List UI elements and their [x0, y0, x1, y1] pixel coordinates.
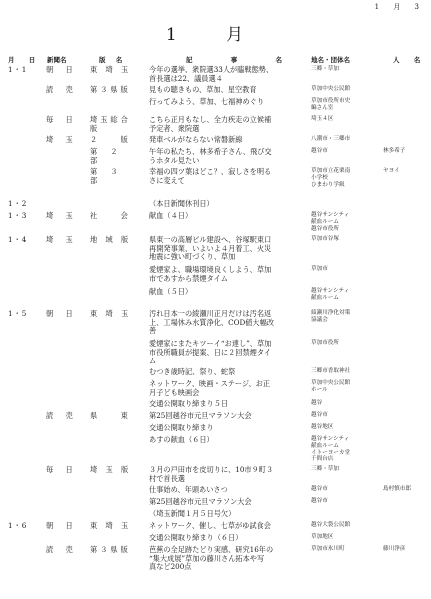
- row-newspaper: 朝 日: [46, 310, 82, 319]
- row-place: 八潮市・三郷市: [311, 136, 381, 143]
- row-article: 見もの聴きもの、草加、星空教育: [149, 86, 299, 95]
- column-header-person: 人 名: [393, 55, 426, 64]
- row-place: 草加市役所: [311, 340, 381, 347]
- row-place: 三郷市香取神社: [311, 368, 381, 375]
- row-edition: 東 埼 玉: [90, 310, 136, 319]
- row-place: 三郷・草加: [311, 66, 381, 73]
- row-place: 草加市氷川町: [311, 546, 381, 553]
- page-number: 1 月 3: [375, 2, 425, 12]
- row-date: 1・6: [8, 522, 38, 531]
- row-place: 草加中央公民館 ホール: [311, 380, 381, 394]
- row-article: 仕事始め、年頭あいさつ: [149, 486, 299, 495]
- row-newspaper: 埼 玉: [46, 212, 82, 221]
- row-newspaper: 埼 玉: [46, 236, 82, 245]
- column-header-article: 記 事 名: [186, 55, 300, 64]
- row-place: 草加市谷塚: [311, 236, 381, 243]
- column-header-edition: 版 名: [99, 55, 126, 64]
- row-place: 越谷地区: [311, 424, 381, 431]
- row-article: 県東一の高層ビル建設へ、谷塚駅東口 再開発事業、いよいよ４月着工、火災 地震に強…: [149, 236, 299, 262]
- row-article: 行ってみよう、草加、七福神めぐり: [149, 98, 299, 107]
- row-article: 第25回越谷市元旦マラソン大会: [149, 412, 299, 421]
- row-edition: 地 域 版: [90, 236, 136, 245]
- column-header-place: 地名・団体名: [311, 55, 350, 64]
- column-header-newspaper: 新聞名: [47, 55, 67, 64]
- row-place: 越谷サンシティ 献血ルーム イトーヨーカ堂 千間台店: [311, 436, 381, 463]
- row-article: 午年の私たち、林多希子さん、飛び交 うホタル見たい: [149, 148, 299, 165]
- page-title: 1 月: [0, 20, 431, 45]
- row-place: 三郷・草加: [311, 466, 381, 473]
- row-edition: 第３県版: [90, 86, 136, 95]
- row-newspaper: 毎 日: [46, 466, 82, 475]
- row-place: 草加地区: [311, 534, 381, 541]
- row-date: 1・4: [8, 236, 38, 245]
- row-newspaper: 埼 玉: [46, 136, 82, 145]
- row-article: あすの献血（６日）: [149, 436, 299, 445]
- row-person: ヤヨイ: [383, 168, 428, 175]
- row-article: （本日新聞休刊日）: [149, 200, 299, 209]
- row-place: 草加中央公民館: [311, 86, 381, 93]
- row-article: 献血（５日）: [149, 288, 299, 297]
- row-article: 献血（４日）: [149, 212, 299, 221]
- row-edition: 埼玉総合版: [90, 116, 136, 133]
- row-article: ３月の戸田市を皮切りに、10市９町３ 村で首長選: [149, 466, 299, 483]
- row-article: 愛煙家よ、職場環境良くしよう、草加 市であすから禁煙タイム: [149, 266, 299, 283]
- row-article: 交通公開取り締まり: [149, 424, 299, 433]
- row-edition: 社 会: [90, 212, 136, 221]
- row-article: 今年の選挙、衆院選33人が臨戦態勢、 首長選は22、議員選４: [149, 66, 299, 83]
- row-article: 交通公開取り締まり５日: [149, 400, 299, 409]
- row-newspaper: 朝 日: [46, 66, 82, 75]
- row-newspaper: 読 売: [46, 86, 82, 95]
- row-edition: 東 埼 玉: [90, 522, 136, 531]
- row-edition: 第３県版: [90, 546, 136, 555]
- row-article: ネットワーク、催し、七草がゆ試食会: [149, 522, 299, 531]
- row-place: 草加市役所市史 編さん室: [311, 98, 381, 112]
- row-edition: 第 ２ 部: [90, 148, 136, 165]
- row-date: 1・5: [8, 310, 38, 319]
- row-place: 越谷市: [311, 412, 381, 419]
- row-date: 1・3: [8, 212, 38, 221]
- row-edition: 県 東: [90, 412, 136, 421]
- row-place: 越谷サンシティ 献血ルーム: [311, 288, 381, 302]
- row-person: 島村慎市郎: [383, 486, 428, 493]
- row-article: むつき歳時記、祭り、蛇祭: [149, 368, 299, 377]
- row-edition: 東 埼 玉: [90, 66, 136, 75]
- row-article: （埼玉新聞１月５日号欠）: [149, 510, 299, 519]
- row-article: 愛煙家にまたキツーイ“お達し”、草加 市役所職員が提案、日に２回禁煙タイ ム: [149, 340, 299, 366]
- row-newspaper: 毎 日: [46, 116, 82, 125]
- row-newspaper: 読 売: [46, 546, 82, 555]
- row-place: 草加市: [311, 266, 381, 273]
- row-place: 越谷: [311, 400, 381, 407]
- row-place: 綾瀬川浄化対策 協議会: [311, 310, 381, 324]
- row-newspaper: 朝 日: [46, 522, 82, 531]
- row-date: 1・2: [8, 200, 38, 209]
- row-person: 林多希子: [383, 148, 428, 155]
- row-date: 1・1: [8, 66, 38, 75]
- row-article: ネットワーク、映画・ステージ、お正 月子ども映画会: [149, 380, 299, 397]
- row-person: 藤川浄彦: [383, 546, 428, 553]
- row-article: 幸福の四ツ葉はどこ？、寂しさを明る さに変えて: [149, 168, 299, 185]
- row-edition: ２ 版: [90, 136, 136, 145]
- row-place: 埼玉４区: [311, 116, 381, 123]
- row-article: 交通公開取り締まり（６日）: [149, 534, 299, 543]
- row-edition: 第 ３ 部: [90, 168, 136, 185]
- row-place: 越谷サンシティ 献血ルーム 越谷市役所: [311, 212, 381, 232]
- row-place: 越谷市: [311, 498, 381, 505]
- row-place: 越谷市: [311, 148, 381, 155]
- column-header-date: 月 日: [8, 55, 41, 64]
- row-newspaper: 読 売: [46, 412, 82, 421]
- row-article: 第25回越谷市元旦マラソン大会: [149, 498, 299, 507]
- row-place: 越谷市: [311, 486, 381, 493]
- row-edition: 埼 玉 版: [90, 466, 136, 475]
- row-article: 汚れ日本一の綾瀬川正月だけは汚名返 上、工場休み水質浄化、COD値大幅改 善: [149, 310, 299, 336]
- row-article: こちら正月もなし、全力疾走の立候補 予定者、衆院選: [149, 116, 299, 133]
- row-article: 発車ベルがならない常磐新線: [149, 136, 299, 145]
- row-article: 芭蕉の全足跡たどり実感、研究16年の “集大成展”草加の藤川さん拓本や写 真など…: [149, 546, 299, 572]
- row-place: 越谷大袋公民館: [311, 522, 381, 529]
- row-place: 草加市立花栗南 小学校 ひまわり学級: [311, 168, 381, 188]
